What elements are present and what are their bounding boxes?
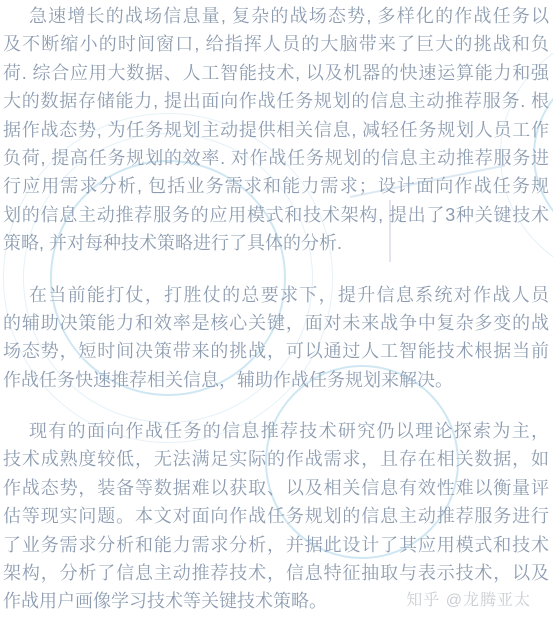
text-line: 荷. 综合应用大数据、人工智能技术, 以及机器的快速运算能力和强 [3, 59, 549, 87]
text-line: 策略, 并对每种技术策略进行了具体的分析. [3, 229, 549, 257]
text-line: 作战任务快速推荐相关信息，辅助作战任务规划来解决。 [3, 366, 549, 394]
text-line: 架构，分析了信息主动推荐技术，信息特征抽取与表示技术，以及 [3, 559, 549, 587]
document-body: 急速增长的战场信息量, 复杂的战场态势, 多样化的作战任务以及不断缩小的时间窗口… [0, 0, 553, 616]
text-line: 及不断缩小的时间窗口, 给指挥人员的大脑带来了巨大的挑战和负 [3, 30, 549, 58]
text-line: 大的数据存储能力, 提出面向作战任务规划的信息主动推荐服务. 根 [3, 87, 549, 115]
text-line: 负荷, 提高任务规划的效率. 对作战任务规划的信息主动推荐服务进 [3, 144, 549, 172]
text-line: 估等现实问题。本文对面向作战任务规划的信息主动推荐服务进行 [3, 502, 549, 530]
text-line: 场态势，短时间决策带来的挑战，可以通过人工智能技术根据当前 [3, 337, 549, 365]
text-line: 行应用需求分析, 包括业务需求和能力需求；设计面向作战任务规 [3, 172, 549, 200]
watermark-text: 知乎 @龙腾亚太 [406, 592, 531, 609]
text-line: 划的信息主动推荐服务的应用模式和技术架构, 提出了3种关键技术 [3, 201, 549, 229]
article-page: 急速增长的战场信息量, 复杂的战场态势, 多样化的作战任务以及不断缩小的时间窗口… [0, 0, 553, 621]
paragraph: 现有的面向作战任务的信息推荐技术研究仍以理论探索为主，技术成熟度较低，无法满足实… [3, 417, 549, 616]
text-line: 在当前能打仗，打胜仗的总要求下，提升信息系统对作战人员 [3, 281, 549, 309]
text-line: 据作战态势, 为任务规划主动提供相关信息, 减轻任务规划人员工作 [3, 116, 549, 144]
text-line: 技术成熟度较低，无法满足实际的作战需求，且存在相关数据，如 [3, 445, 549, 473]
paragraph: 在当前能打仗，打胜仗的总要求下，提升信息系统对作战人员的辅助决策能力和效率是核心… [3, 281, 549, 395]
paragraph: 急速增长的战场信息量, 复杂的战场态势, 多样化的作战任务以及不断缩小的时间窗口… [3, 2, 549, 258]
text-line: 了业务需求分析和能力需求分析，并据此设计了其应用模式和技术 [3, 531, 549, 559]
watermark: 知乎 @龙腾亚太 [406, 587, 531, 610]
text-line: 的辅助决策能力和效率是核心关键，面对未来战争中复杂多变的战 [3, 309, 549, 337]
text-line: 现有的面向作战任务的信息推荐技术研究仍以理论探索为主， [3, 417, 549, 445]
text-line: 急速增长的战场信息量, 复杂的战场态势, 多样化的作战任务以 [3, 2, 549, 30]
text-line: 作战态势，装备等数据难以获取、以及相关信息有效性难以衡量评 [3, 474, 549, 502]
